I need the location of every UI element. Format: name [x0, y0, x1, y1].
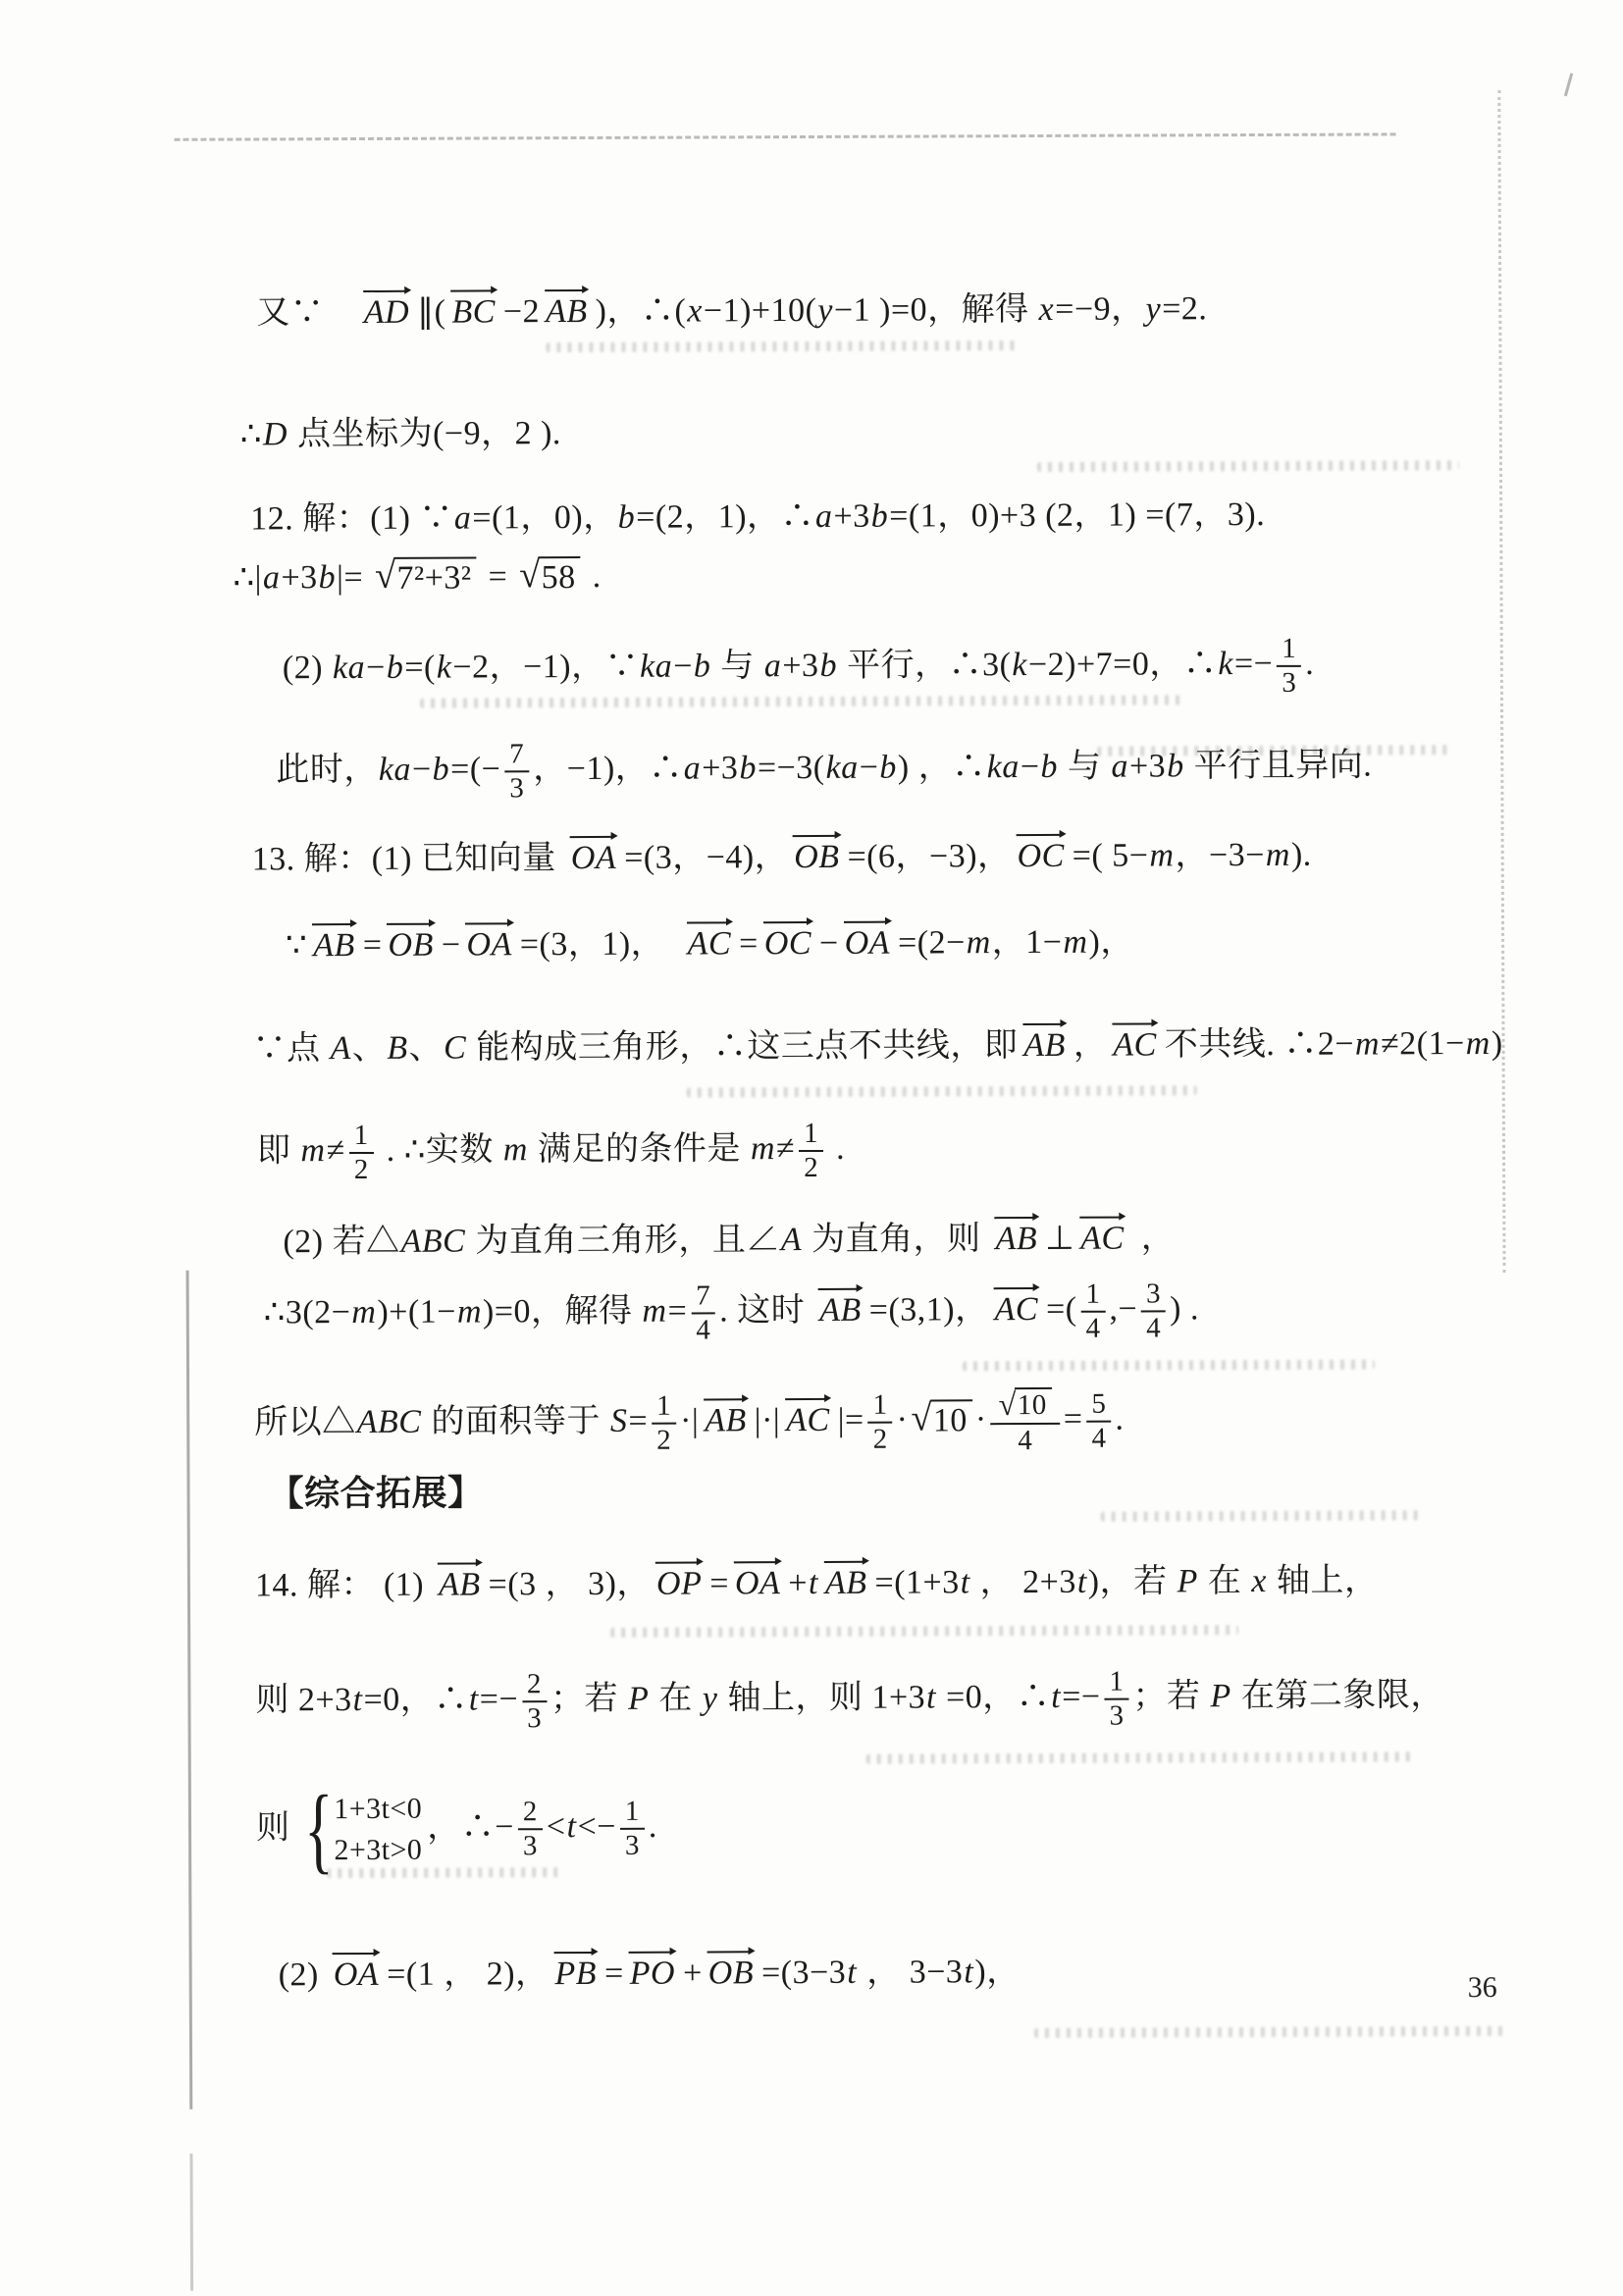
math-variable: A [780, 1222, 803, 1258]
inequality-system: {1+3t<02+3t>0 [294, 1793, 422, 1868]
text: ∥( [417, 294, 445, 331]
text: = [628, 1403, 648, 1439]
vector-overline: OA [569, 840, 620, 876]
scan-noise [327, 1867, 562, 1878]
text: 为直角三角形，且∠ [466, 1222, 780, 1259]
text: . [584, 558, 602, 595]
math-variable: ka [986, 749, 1021, 785]
vector-overline: AC [686, 925, 736, 962]
scan-artifact-left-fold-line-lower [189, 2154, 193, 2291]
text: 满足的条件是 [529, 1130, 750, 1168]
fraction: 14 [1080, 1279, 1105, 1345]
math-variable: t [808, 1565, 819, 1601]
vector-overline: AB [993, 1221, 1041, 1257]
text: . 这时 [719, 1292, 813, 1329]
text: =0，∴ [364, 1682, 468, 1718]
fraction-numerator: 7 [504, 739, 529, 772]
math-variable: a [1110, 749, 1129, 785]
line-12-magnitude: ∴|a+3b|= √7²+3² = √58 . [233, 556, 601, 598]
text: =2. [1162, 290, 1207, 327]
text: 平行且异向. [1185, 748, 1373, 785]
math-variable: ka [332, 650, 366, 686]
math-variable: b [1166, 748, 1185, 784]
vector-overline: AC [992, 1291, 1042, 1328]
square-root: √10 [999, 1387, 1052, 1422]
text: 此时， [276, 752, 378, 788]
vector-overline: AB [1021, 1027, 1070, 1064]
line-12-part1: 12. 解：(1) ∵a=(1，0)，b=(2，1)，∴a+3b=(1，0)+3… [250, 487, 1265, 540]
math-variable: t [1076, 1564, 1088, 1600]
fraction-denominator: 3 [504, 772, 529, 804]
vector-overline: OA [332, 1957, 383, 1993]
text: +3 [1129, 748, 1166, 784]
math-variable: a [262, 559, 282, 596]
math-variable: b [738, 750, 758, 786]
text: · [975, 1401, 987, 1437]
text: 在 [1199, 1563, 1251, 1599]
fraction: 12 [799, 1119, 823, 1184]
text: 在第二象限， [1232, 1677, 1444, 1714]
math-variable: x [1038, 291, 1056, 328]
radical-sign: √ [519, 556, 541, 596]
line-ad-parallel: 又∵ AD∥(BC−2AB)，∴(x−1)+10(y−1 )=0，解得 x=−9… [256, 281, 1207, 333]
section-header: 【综合拓展】 [268, 1465, 483, 1516]
text: =− [1234, 646, 1274, 682]
text: = [1064, 1401, 1083, 1437]
math-variable: B [386, 1030, 408, 1067]
text: + [683, 1955, 703, 1991]
math-variable: t [925, 1679, 937, 1715]
line-12-conclusion: 此时，ka−b=(−73，−1)，∴a+3b=−3(ka−b) ，∴ka−b 与… [276, 736, 1372, 806]
scan-artifact-left-fold-line [186, 1271, 193, 2110]
math-variable: S [609, 1403, 629, 1439]
math-variable: ABC [399, 1224, 466, 1260]
vector-overline: OP [654, 1565, 706, 1601]
text: . [1115, 1401, 1124, 1437]
text: =(2− [898, 924, 966, 961]
text: 在 [650, 1681, 702, 1717]
page-number: 36 [1468, 1971, 1497, 2005]
fraction-numerator: 5 [1086, 1389, 1111, 1423]
text: 14. 解： (1) [255, 1567, 433, 1604]
scan-noise [1037, 460, 1459, 472]
math-variable: A [329, 1030, 351, 1067]
text: )， [974, 1954, 1020, 1990]
text: −1 )=0，解得 [834, 291, 1038, 329]
fraction-numerator: 1 [1080, 1279, 1105, 1313]
text: +3 [833, 498, 869, 535]
text: ，1− [992, 924, 1063, 961]
text: 即 [257, 1132, 300, 1169]
math-variable: m [299, 1132, 326, 1169]
fraction: 34 [1141, 1278, 1166, 1344]
line-13-ab-ac: ∵AB=OB−OA=(3，1)， AC=OC−OA=(2−m，1−m)， [286, 914, 1134, 966]
math-variable: y [702, 1680, 719, 1716]
text: =0，∴ [937, 1679, 1050, 1716]
text: − [673, 649, 693, 685]
text: =(3，1)， [520, 926, 682, 964]
text: ,− [1109, 1291, 1137, 1328]
text: |= [838, 1402, 864, 1438]
radicand: 10 [930, 1399, 972, 1439]
scan-artifact-right-dotted-line [1497, 90, 1505, 1273]
math-variable: a [453, 500, 473, 537]
line-13-condition: 即 m≠12 . ∴实数 m 满足的条件是 m≠12 . [257, 1119, 845, 1186]
square-root: √7²+3² [375, 556, 477, 597]
text: −2 [503, 293, 540, 330]
scan-noise [963, 1359, 1375, 1371]
math-variable: m [1465, 1025, 1492, 1062]
fraction-denominator: 3 [1105, 1700, 1129, 1732]
solution-lines: 又∵ AD∥(BC−2AB)，∴(x−1)+10(y−1 )=0，解得 x=−9… [0, 0, 1618, 4]
vector-overline: AB [823, 1565, 871, 1601]
math-variable: ABC [356, 1404, 423, 1440]
fraction-denominator: 3 [522, 1702, 547, 1734]
math-variable: x [686, 292, 704, 329]
text: (2) 若△ [283, 1224, 399, 1261]
text: . [649, 1808, 657, 1845]
text: 则 2+3 [255, 1682, 351, 1718]
math-variable: t [846, 1955, 858, 1991]
fraction-denominator: 4 [991, 1425, 1060, 1457]
vector-overline: OB [707, 1955, 758, 1991]
fraction: √104 [991, 1387, 1060, 1457]
scan-noise [1034, 2026, 1505, 2038]
math-variable: t [468, 1681, 480, 1717]
math-variable: m [350, 1294, 377, 1331]
math-variable: D [262, 416, 288, 452]
text: −2，−1)，∵ [452, 649, 639, 686]
text: 不共线. ∴2− [1165, 1026, 1354, 1064]
vector-overline: OC [762, 925, 815, 962]
text: ) [1492, 1025, 1503, 1062]
math-variable: a [814, 498, 834, 535]
fraction-numerator: 2 [518, 1797, 543, 1830]
math-variable: P [1209, 1678, 1231, 1714]
math-variable: b [693, 648, 712, 684]
text: ⊥ [1045, 1221, 1074, 1257]
text: 、 [352, 1030, 387, 1067]
text: − [366, 650, 386, 686]
fraction-denominator: 3 [620, 1830, 645, 1861]
text: ∵ [286, 927, 307, 964]
fraction-denominator: 4 [1087, 1423, 1112, 1454]
scan-noise [1101, 1510, 1425, 1521]
math-variable: m [502, 1131, 529, 1168]
math-variable: P [627, 1681, 650, 1717]
math-variable: m [966, 924, 992, 961]
math-variable: b [818, 648, 838, 684]
text: 轴上， [1268, 1562, 1379, 1598]
vector-overline: AB [311, 927, 359, 964]
vector-overline: AC [1111, 1026, 1161, 1063]
line-14-inequalities: 则{1+3t<02+3t>0，∴−23<t<−13. [256, 1792, 657, 1869]
fraction: 73 [504, 739, 529, 805]
math-variable: m [1354, 1025, 1381, 1062]
text: )，∴( [596, 293, 687, 330]
text: =(3 ， 3)， [489, 1566, 651, 1603]
cases-rows: 1+3t<02+3t>0 [334, 1793, 422, 1867]
scanned-page: 又∵ AD∥(BC−2AB)，∴(x−1)+10(y−1 )=0，解得 x=−9… [0, 0, 1623, 2296]
fraction-numerator: 1 [1277, 634, 1301, 667]
text: 、 [409, 1030, 444, 1067]
text: 又∵ [256, 294, 358, 331]
vector-overline: OA [464, 926, 515, 963]
text: −2)+7=0，∴ [1028, 646, 1218, 683]
math-variable: t [565, 1808, 577, 1845]
text: 12. 解：(1) ∵ [250, 500, 453, 538]
text: < [547, 1808, 566, 1845]
vector-overline: OB [386, 927, 437, 964]
radicand: 10 [1015, 1387, 1052, 1422]
fraction-numerator: 3 [1141, 1278, 1166, 1312]
math-variable: m [750, 1130, 776, 1167]
text: )+(1− [377, 1294, 456, 1331]
text: =(2，1)，∴ [636, 498, 814, 536]
math-variable: y [816, 292, 834, 329]
math-variable: b [432, 752, 451, 788]
text: ≠2(1− [1381, 1025, 1465, 1062]
text: =(− [450, 751, 500, 787]
text: ). [1291, 837, 1312, 873]
text: |·| [755, 1402, 781, 1438]
text: = [709, 1565, 729, 1601]
math-variable: m [641, 1293, 667, 1330]
text: =(1，0)+3 (2，1) =(7，3). [889, 496, 1265, 535]
text: )，若 [1088, 1563, 1177, 1599]
text: 轴上，则 1+3 [718, 1680, 925, 1717]
line-13-part2: (2) 若△ABC 为直角三角形，且∠A 为直角，则 AB⊥AC ， [283, 1210, 1175, 1262]
vector-overline: OC [1015, 838, 1068, 874]
case-row: 2+3t>0 [334, 1834, 422, 1867]
vector-overline: AB [703, 1402, 751, 1438]
text: ， 2+3 [971, 1564, 1076, 1600]
text: ≠ [776, 1130, 795, 1167]
fraction-numerator: 1 [1104, 1667, 1128, 1700]
fraction-numerator: 7 [691, 1280, 715, 1314]
fraction: 12 [349, 1121, 374, 1186]
line-13-solve-m: ∴3(2−m)+(1−m)=0，解得 m=74. 这时 AB=(3,1)，AC=… [264, 1278, 1199, 1348]
math-variable: m [1062, 924, 1088, 961]
text: · [897, 1402, 909, 1438]
text: )=0，解得 [483, 1293, 642, 1331]
text: 平行，∴3( [838, 647, 1011, 684]
text: ∴ [240, 416, 262, 452]
fraction-denominator: 4 [1081, 1313, 1106, 1344]
fraction: 23 [518, 1797, 543, 1862]
fraction-numerator: 1 [620, 1797, 645, 1830]
text: =(3，−4)， [624, 839, 788, 876]
text: =(3−3 [761, 1955, 846, 1991]
math-variable: k [436, 650, 453, 686]
fraction: 12 [867, 1390, 892, 1456]
line-14-part2: (2) OA=(1 ， 2)，PB=PO+OB=(3−3t ， 3−3t)， [279, 1944, 1021, 1995]
fraction-numerator: 1 [349, 1121, 374, 1154]
text: =(3,1)， [869, 1291, 989, 1329]
fraction-denominator: 2 [868, 1424, 893, 1455]
math-variable: b [386, 650, 405, 686]
vector-overline: AB [437, 1566, 485, 1602]
text: . [1305, 646, 1314, 682]
scan-artifact-corner-mark [1552, 70, 1573, 96]
text: =( 5− [1073, 837, 1149, 873]
text: 所以△ [254, 1404, 356, 1440]
vector-overline: OA [843, 925, 894, 962]
math-variable: C [443, 1030, 467, 1067]
scan-artifact-top-dashed-line [175, 132, 1396, 140]
case-row: 1+3t<0 [334, 1793, 422, 1826]
vector-overline: AB [817, 1292, 865, 1329]
fraction: 13 [1277, 634, 1301, 700]
fraction-numerator: 1 [867, 1390, 892, 1424]
radicand: 7²+3² [393, 556, 476, 597]
line-13-triangle: ∵点 A、B、C 能构成三角形，∴这三点不共线，即AB，AC不共线. ∴2−m≠… [252, 1016, 1502, 1070]
text: ， 3−3 [858, 1954, 963, 1990]
vector-overline: AC [784, 1402, 834, 1438]
text: − [412, 752, 432, 788]
math-variable: k [1217, 646, 1234, 682]
text: (2) [283, 650, 332, 686]
scan-noise [866, 1751, 1416, 1763]
line-12-part2: (2) ka−b=(k−2，−1)，∵ka−b 与 a+3b 平行，∴3(k−2… [283, 634, 1315, 704]
vector-overline: PO [628, 1956, 679, 1992]
text: = [363, 927, 383, 964]
vector-overline: PB [552, 1956, 601, 1992]
text: +3 [782, 648, 818, 684]
text: ≠ [326, 1132, 344, 1169]
math-variable: k [1011, 647, 1028, 683]
radicand: 58 [539, 556, 581, 597]
text: )， [1088, 924, 1133, 961]
text: 则 [256, 1810, 290, 1847]
text: 能构成三角形，∴这三点不共线，即 [467, 1027, 1018, 1066]
fraction-denominator: 3 [518, 1831, 543, 1862]
math-variable: b [318, 559, 338, 596]
vector-overline: AB [544, 293, 592, 330]
square-root: √58 [519, 556, 581, 597]
math-variable: ka [378, 752, 412, 788]
vector-overline: AD [362, 294, 413, 331]
line-13-given: 13. 解：(1) 已知向量 OA=(3，−4)，OB=(6，−3)，OC=( … [252, 827, 1312, 880]
line-14-axes: 则 2+3t=0，∴t=−23；若 P 在 y 轴上，则 1+3t =0，∴t=… [255, 1665, 1444, 1736]
text: ) . [1170, 1290, 1199, 1327]
text: 点坐标为(−9，2 ). [288, 415, 561, 452]
text: +3 [702, 750, 738, 786]
math-variable: b [870, 498, 890, 535]
math-variable: ka [639, 649, 673, 685]
text: |= [337, 559, 372, 596]
fraction-numerator: 2 [522, 1669, 547, 1702]
text: − [819, 925, 839, 962]
fraction-numerator: √10 [991, 1387, 1060, 1426]
math-variable: x [1250, 1563, 1268, 1599]
text: ；若 [550, 1681, 627, 1717]
math-variable: a [683, 750, 703, 786]
fraction-denominator: 4 [1141, 1313, 1166, 1344]
vector-overline: OB [792, 839, 843, 875]
text: ， [1132, 1220, 1176, 1256]
math-variable: t [352, 1682, 364, 1718]
math-variable: t [1050, 1679, 1062, 1715]
line-d-coordinates: ∴D 点坐标为(−9，2 ). [240, 405, 561, 454]
text: 与 [1059, 749, 1111, 785]
text: = [604, 1956, 624, 1992]
text: 为直角，则 [803, 1221, 990, 1258]
text: =(1，0)， [472, 499, 616, 537]
math-variable: ka [824, 750, 859, 786]
scan-noise [687, 1085, 1197, 1097]
fraction: 23 [522, 1669, 547, 1735]
text: ∴3(2− [264, 1294, 351, 1331]
text: =( [404, 650, 436, 686]
text: =− [480, 1681, 519, 1717]
text: − [1021, 749, 1040, 785]
left-brace: { [303, 1793, 333, 1868]
text: − [442, 927, 461, 964]
math-variable: P [1177, 1563, 1199, 1599]
math-variable: m [456, 1293, 483, 1330]
text: =(6，−3)， [847, 838, 1011, 875]
fraction-denominator: 2 [799, 1152, 823, 1183]
line-13-area: 所以△ABC 的面积等于 S=12·|AB|·|AC|=12·√10·√104=… [254, 1387, 1125, 1460]
text: =−3( [758, 750, 825, 786]
fraction-denominator: 2 [652, 1425, 676, 1456]
text: =−9， [1055, 291, 1145, 328]
scan-noise [546, 340, 1017, 352]
scan-noise [610, 1625, 1238, 1638]
vector-overline: OA [733, 1565, 784, 1601]
text: =( [1046, 1291, 1077, 1328]
vector-overline: AC [1078, 1221, 1128, 1257]
text: (2) [279, 1957, 328, 1993]
square-root: √10 [911, 1399, 972, 1439]
fraction-denominator: 2 [349, 1154, 374, 1185]
text: ，−3− [1175, 837, 1265, 873]
text: 的面积等于 [422, 1403, 609, 1440]
fraction: 54 [1086, 1389, 1111, 1455]
text: . ∴实数 [378, 1131, 502, 1169]
text: =− [1062, 1679, 1101, 1715]
text: − [860, 750, 879, 786]
fraction: 74 [691, 1280, 715, 1346]
radical-sign: √ [911, 1399, 932, 1438]
radical-sign: √ [375, 557, 396, 597]
text: ·| [680, 1403, 699, 1439]
fraction: 13 [620, 1797, 645, 1862]
text: = [479, 558, 516, 595]
math-variable: y [1145, 290, 1163, 327]
math-variable: m [1265, 837, 1291, 873]
text: . [827, 1130, 845, 1167]
text: 与 [711, 648, 763, 684]
math-variable: t [963, 1954, 974, 1990]
fraction: 12 [652, 1391, 676, 1457]
text: ；若 [1132, 1678, 1209, 1714]
vector-overline: BC [449, 293, 499, 330]
fraction-numerator: 1 [652, 1391, 676, 1425]
text: +3 [281, 559, 317, 596]
line-14-part1: 14. 解： (1) AB=(3 ， 3)，OP=OA+tAB=(1+3t ， … [255, 1552, 1379, 1605]
text: = [667, 1293, 687, 1330]
fraction-denominator: 4 [691, 1315, 715, 1346]
math-variable: b [617, 499, 637, 536]
text: <− [577, 1808, 616, 1845]
fraction: 13 [1104, 1667, 1128, 1733]
text: −1)+10( [704, 292, 817, 330]
text: ∵点 [252, 1030, 329, 1067]
text: ) ，∴ [898, 749, 986, 785]
math-variable: a [763, 648, 783, 684]
